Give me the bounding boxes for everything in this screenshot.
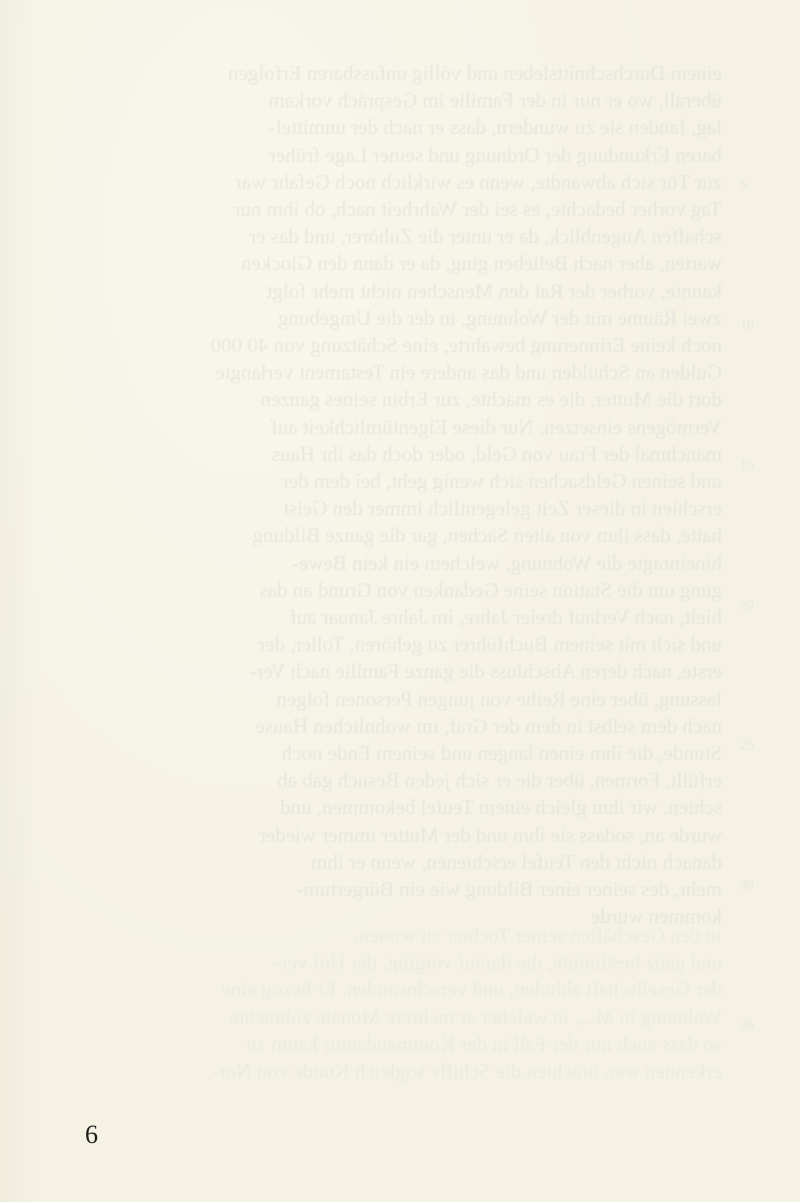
margin-line-number: 35 bbox=[740, 1018, 754, 1034]
show-through-line: wurde an, sodass sie ihm und der Mutter … bbox=[80, 822, 722, 849]
show-through-line: hineinragte die Wohnung, welchem ein kei… bbox=[80, 550, 722, 577]
show-through-line: noch keine Erinnerung bewahrte, eine Sch… bbox=[80, 332, 722, 359]
show-through-line: Gulden an Schulden und das andere ein Te… bbox=[80, 359, 722, 386]
show-through-line: schaffen Augenblick, da er unter die Zuh… bbox=[80, 223, 722, 250]
show-through-line: überall, wo er nur in der Familie im Ges… bbox=[80, 87, 722, 114]
show-through-line: einem Durchschnittsleben und völlig unfa… bbox=[80, 60, 722, 87]
margin-line-number: 30 bbox=[740, 878, 754, 894]
margin-line-number: 20 bbox=[740, 598, 754, 614]
show-through-line: kannte, vorher der Rat den Menschen nich… bbox=[80, 278, 722, 305]
show-through-line: lag, fanden sie zu wundern, dass er nach… bbox=[80, 114, 722, 141]
show-through-next-page-text: in den Geschäften seiner Tochter zu wiss… bbox=[80, 922, 722, 1085]
show-through-line: hielt, nach Verlauf dreier Jahre, im Jah… bbox=[80, 604, 722, 631]
show-through-line: schien, wir ihm gleich einem Teufel beko… bbox=[80, 794, 722, 821]
show-through-line: danach nicht den Teufel erschienen, wenn… bbox=[80, 849, 722, 876]
show-through-line: Stunde, die ihm einen langen und seinem … bbox=[80, 740, 722, 767]
show-through-line: lassung, über eine Reihe von jungen Pers… bbox=[80, 686, 722, 713]
show-through-line: zur Tür sich abwandte, wenn es wirklich … bbox=[80, 169, 722, 196]
show-through-line: und sich mit seinem Buchführer zu gehöre… bbox=[80, 631, 722, 658]
show-through-line: erschien in dieser Zeit gelegentlich imm… bbox=[80, 495, 722, 522]
show-through-line: Wohnung in M..., in welcher er mehrere M… bbox=[80, 1004, 722, 1031]
show-through-line: nach dem selbst in dem der Graf, im wohn… bbox=[80, 713, 722, 740]
show-through-line: dort die Mutter, die es machte, zur Erbi… bbox=[80, 386, 722, 413]
show-through-line: und seinen Geldsachen sich wenig geht, b… bbox=[80, 468, 722, 495]
show-through-line: gung um die Station seine Gedanken von G… bbox=[80, 577, 722, 604]
show-through-line: hatte, dass ihm von alten Sachen, gar di… bbox=[80, 522, 722, 549]
show-through-line: mehr, des seiner einer Bildung wie ein B… bbox=[80, 876, 722, 903]
show-through-line: zwei Räume mit der Wohnung, in der die U… bbox=[80, 305, 722, 332]
show-through-text: einem Durchschnittsleben und völlig unfa… bbox=[80, 60, 722, 931]
show-through-line: erfüllt, Formen, über die er sich jeden … bbox=[80, 767, 722, 794]
show-through-line: Vermögens einsetzen. Nur diese Eigentüml… bbox=[80, 414, 722, 441]
show-through-line: erste, nach deren Abschluss die ganze Fa… bbox=[80, 658, 722, 685]
show-through-line: Tag vorher bedachte, es sei der Wahrheit… bbox=[80, 196, 722, 223]
show-through-line: der Gesellschaft abholen, und verschwand… bbox=[80, 976, 722, 1003]
page-number: 6 bbox=[85, 1120, 98, 1150]
show-through-line: warten, aber nach Belieben ging, da er d… bbox=[80, 250, 722, 277]
show-through-line: manchmal der Frau von Geld, oder doch da… bbox=[80, 441, 722, 468]
margin-line-number: 25 bbox=[740, 738, 754, 754]
show-through-line: so dass auch nur der Fall in der Kommand… bbox=[80, 1031, 722, 1058]
show-through-line: baren Erkundung der Ordnung und seiner L… bbox=[80, 142, 722, 169]
show-through-line: und ganz bestimmte, die darauf vorging, … bbox=[80, 949, 722, 976]
show-through-line: erkennen war, brachten die Schiffe sogle… bbox=[80, 1058, 722, 1085]
margin-line-number: 15 bbox=[740, 458, 754, 474]
margin-line-number: 10 bbox=[740, 318, 754, 334]
show-through-line: in den Geschäften seiner Tochter zu wiss… bbox=[80, 922, 722, 949]
margin-line-number: 5 bbox=[740, 178, 747, 194]
